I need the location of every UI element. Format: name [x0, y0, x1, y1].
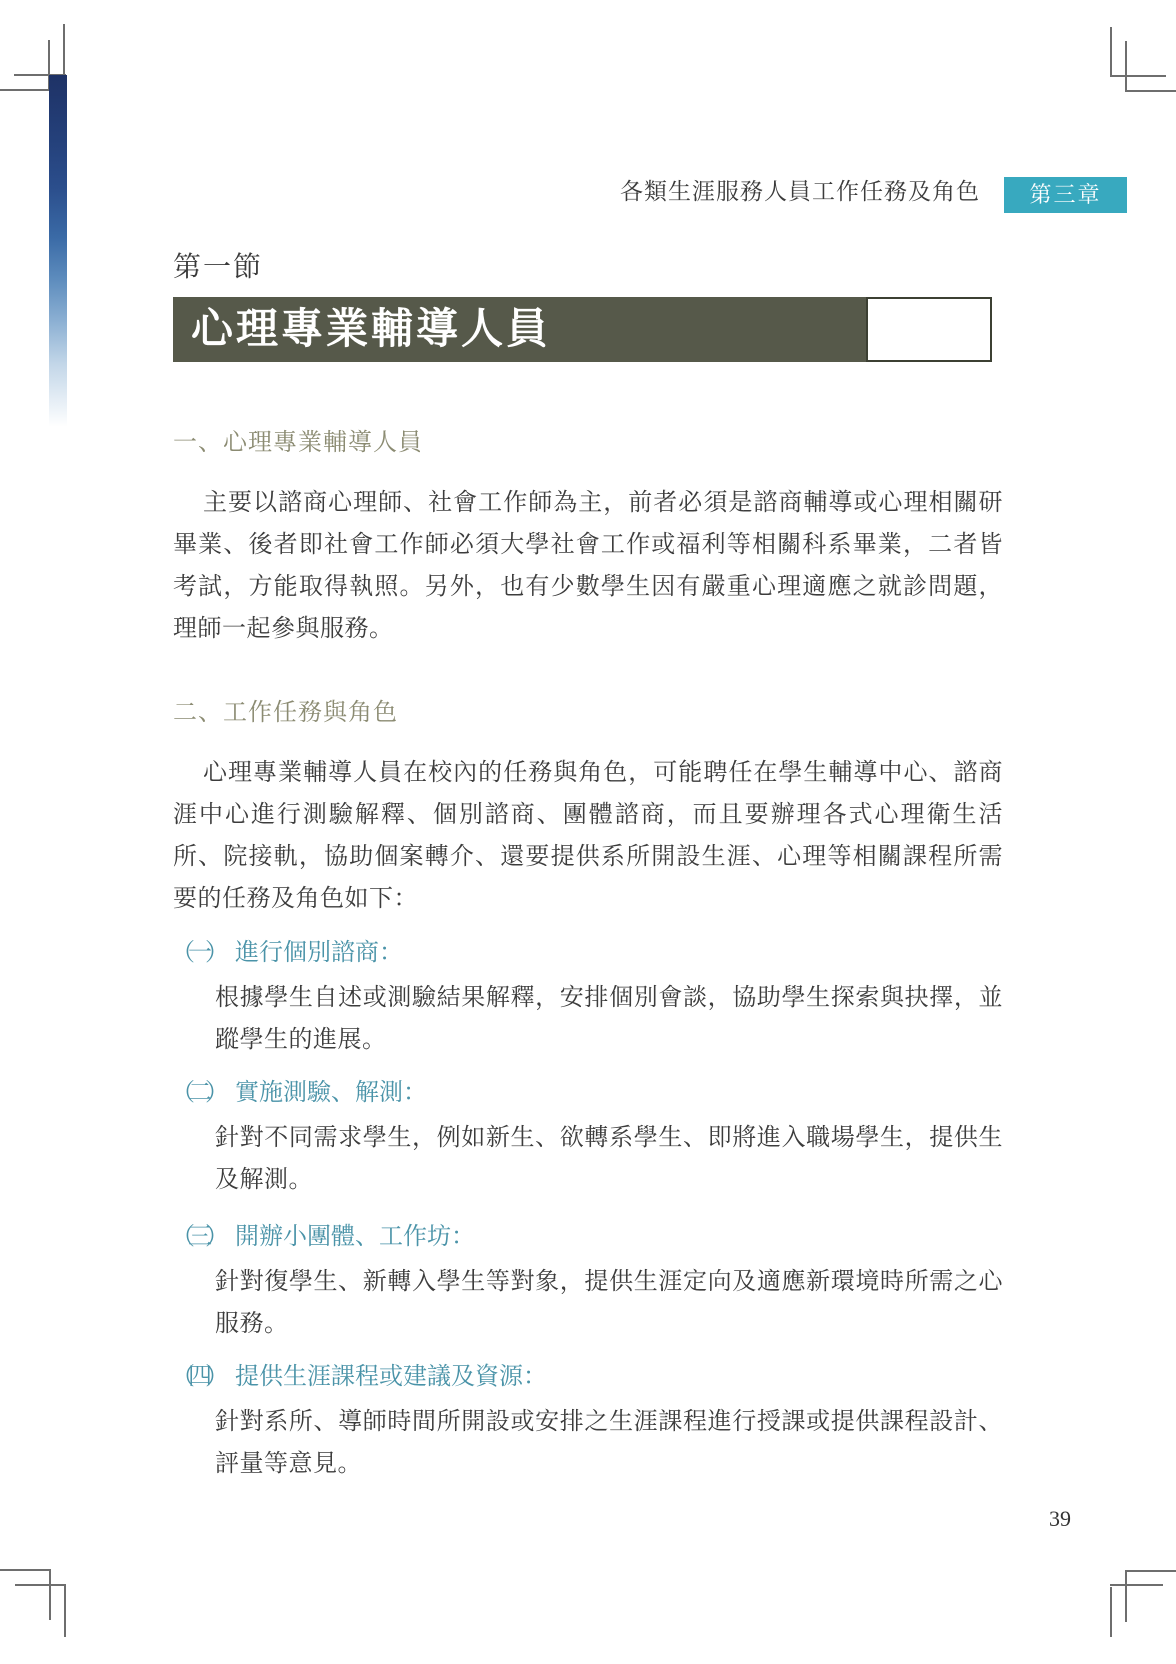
crop-mark [1110, 27, 1112, 77]
crop-mark [63, 24, 65, 75]
crop-mark [1125, 1571, 1127, 1622]
list-item-number: （二） [171, 1079, 222, 1106]
paragraph-line: 要的任務及角色如下： [173, 878, 1003, 920]
list-item-number: （四） [171, 1363, 222, 1390]
crop-mark [1125, 90, 1176, 92]
section-banner-title: 心理專業輔導人員 [191, 297, 551, 362]
list-item-heading: （二）實施測驗、解測： [171, 1078, 1005, 1108]
list-item-body: 根據學生自述或測驗結果解釋，安排個別會談，協助學生探索與抉擇，並持續追 蹤學生的… [215, 977, 1003, 1061]
list-item: （三）開辦小團體、工作坊： 針對復學生、新轉入學生等對象，提供生涯定向及適應新環… [171, 1222, 1005, 1345]
crop-mark [0, 1569, 50, 1571]
list-item-title: 進行個別諮商： [235, 939, 403, 966]
list-item-body: 針對復學生、新轉入學生等對象，提供生涯定向及適應新環境時所需之心理調適 服務。 [215, 1261, 1003, 1345]
list-item-body: 針對系所、導師時間所開設或安排之生涯課程進行授課或提供課程設計、規劃與 評量等意… [215, 1401, 1003, 1485]
section-heading-2: 二、工作任務與角色 [173, 698, 398, 728]
paragraph-line: 涯中心進行測驗解釋、個別諮商、團體諮商，而且要辦理各式心理衛生活動，與各系、 [173, 794, 1003, 836]
paragraph-1: 主要以諮商心理師、社會工作師為主，前者必須是諮商輔導或心理相關研究所碩士 畢業、… [173, 482, 1003, 650]
list-item: （一）進行個別諮商： 根據學生自述或測驗結果解釋，安排個別會談，協助學生探索與抉… [171, 938, 1005, 1061]
list-item-title: 提供生涯課程或建議及資源： [235, 1363, 547, 1390]
crop-mark [0, 89, 49, 91]
paragraph-line: 根據學生自述或測驗結果解釋，安排個別會談，協助學生探索與抉擇，並持續追 [215, 977, 1003, 1019]
paragraph-line: 心理專業輔導人員在校內的任務與角色，可能聘任在學生輔導中心、諮商中心或職 [173, 752, 1003, 794]
list-item-heading: （一）進行個別諮商： [171, 938, 1005, 968]
crop-mark [1125, 41, 1127, 92]
paragraph-line: 及解測。 [215, 1159, 1003, 1201]
paragraph-line: 考試，方能取得執照。另外，也有少數學生因有嚴重心理適應之就診問題，會有臨床心 [173, 566, 1003, 608]
list-item-heading: （四）提供生涯課程或建議及資源： [171, 1362, 1005, 1392]
paragraph-line: 所、院接軌，協助個案轉介、還要提供系所開設生涯、心理等相關課程所需資源。其主 [173, 836, 1003, 878]
paragraph-line: 評量等意見。 [215, 1443, 1003, 1485]
list-item-number: （一） [171, 939, 222, 966]
crop-mark [64, 1584, 66, 1637]
running-title: 各類生涯服務人員工作任務及角色 [600, 176, 980, 206]
paragraph-line: 針對復學生、新轉入學生等對象，提供生涯定向及適應新環境時所需之心理調適 [215, 1261, 1003, 1303]
paragraph-line: 服務。 [215, 1303, 1003, 1345]
list-item-title: 實施測驗、解測： [235, 1079, 427, 1106]
crop-mark [1125, 1570, 1176, 1572]
list-item-body: 針對不同需求學生，例如新生、欲轉系學生、即將進入職場學生，提供生涯測驗 及解測。 [215, 1117, 1003, 1201]
crop-mark [1110, 75, 1166, 77]
list-item: （四）提供生涯課程或建議及資源： 針對系所、導師時間所開設或安排之生涯課程進行授… [171, 1362, 1005, 1485]
crop-mark [15, 1584, 66, 1586]
page-number: 39 [1030, 1506, 1090, 1532]
chapter-badge: 第三章 [1004, 177, 1127, 213]
section-banner: 心理專業輔導人員 [173, 297, 992, 362]
section-heading-1: 一、心理專業輔導人員 [173, 428, 423, 458]
paragraph-line: 畢業、後者即社會工作師必須大學社會工作或福利等相關科系畢業，二者皆需通過國家 [173, 524, 1003, 566]
paragraph-line: 理師一起參與服務。 [173, 608, 1003, 650]
list-item-number: （三） [171, 1223, 222, 1250]
banner-end-box [866, 297, 992, 362]
paragraph-line: 針對系所、導師時間所開設或安排之生涯課程進行授課或提供課程設計、規劃與 [215, 1401, 1003, 1443]
document-page: 各類生涯服務人員工作任務及角色 第三章 第一節 心理專業輔導人員 一、心理專業輔… [0, 0, 1176, 1664]
list-item-title: 開辦小團體、工作坊： [235, 1223, 475, 1250]
list-item: （二）實施測驗、解測： 針對不同需求學生，例如新生、欲轉系學生、即將進入職場學生… [171, 1078, 1005, 1201]
side-accent-bar [49, 75, 67, 427]
paragraph-line: 針對不同需求學生，例如新生、欲轉系學生、即將進入職場學生，提供生涯測驗 [215, 1117, 1003, 1159]
paragraph-line: 主要以諮商心理師、社會工作師為主，前者必須是諮商輔導或心理相關研究所碩士 [173, 482, 1003, 524]
paragraph-2: 心理專業輔導人員在校內的任務與角色，可能聘任在學生輔導中心、諮商中心或職 涯中心… [173, 752, 1003, 920]
paragraph-line: 蹤學生的進展。 [215, 1019, 1003, 1061]
list-item-heading: （三）開辦小團體、工作坊： [171, 1222, 1005, 1252]
crop-mark [49, 1569, 51, 1620]
section-label: 第一節 [173, 250, 263, 284]
crop-mark [1110, 1587, 1112, 1637]
crop-mark [1110, 1584, 1163, 1586]
